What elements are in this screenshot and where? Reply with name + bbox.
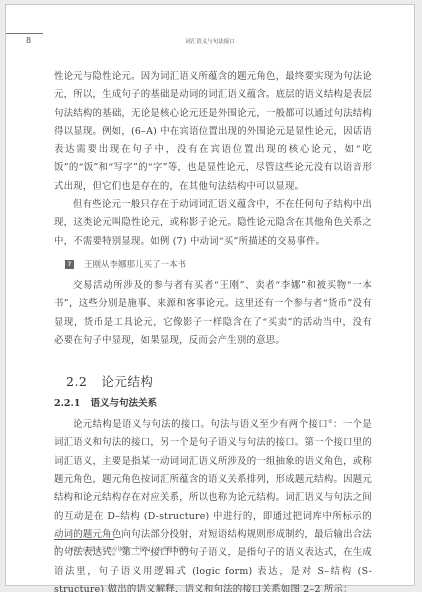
running-title: 词汇语义与句法接口	[6, 37, 414, 45]
example-number-icon: 7	[65, 260, 74, 269]
paragraph: 但有些论元一般只存在于动词词汇语义蕴含中，不在任何句子结构中出现，这类论元叫隐性…	[54, 196, 372, 251]
section-number: 2.2	[66, 374, 87, 389]
paragraph: 论元结构是语义与句法的接口。句法与语义至少有两个接口①：一个是词汇语义和句法的接…	[54, 413, 372, 592]
subsection-title: 语义与句法关系	[90, 398, 157, 409]
paragraph: 性论元与隐性论元。因为词汇语义所蕴含的题元角色，最终要实现为句法论元，所以，生成…	[54, 68, 372, 196]
example-text: 王刚从李娜那儿买了一本书	[84, 257, 186, 273]
section-heading: 2.2论元结构	[66, 372, 372, 390]
example-sentence: 7 王刚从李娜那儿买了一本书	[54, 257, 372, 273]
body-text: 性论元与隐性论元。因为词汇语义所蕴含的题元角色，最终要实现为句法论元，所以，生成…	[54, 68, 372, 592]
footnote-marker: ①	[54, 545, 59, 553]
subsection-heading: 2.2.1语义与句法关系	[54, 396, 372, 412]
section-title: 论元结构	[101, 374, 153, 389]
paragraph: 交易活动所涉及的参与者有买者“王刚”、卖者“李娜”和被买物“一本书”，这些分别是…	[54, 277, 372, 350]
footnote-text: 句法与会话含义也应该算一个接口，本书暂不讨论。	[68, 545, 195, 553]
paragraph-text: ：一个是词汇语义和句法的接口，另一个是句子语义与句法的接口。第一个接口里的词汇语…	[54, 419, 372, 592]
footnote-rule	[54, 539, 114, 540]
subsection-number: 2.2.1	[54, 398, 80, 409]
header-rule	[6, 33, 43, 34]
document-page: 8 词汇语义与句法接口 性论元与隐性论元。因为词汇语义所蕴含的题元角色，最终要实…	[5, 4, 415, 586]
footnote: ① 句法与会话含义也应该算一个接口，本书暂不讨论。	[54, 545, 194, 553]
paragraph-text: 论元结构是语义与句法的接口。句法与语义至少有两个接口	[73, 419, 328, 430]
